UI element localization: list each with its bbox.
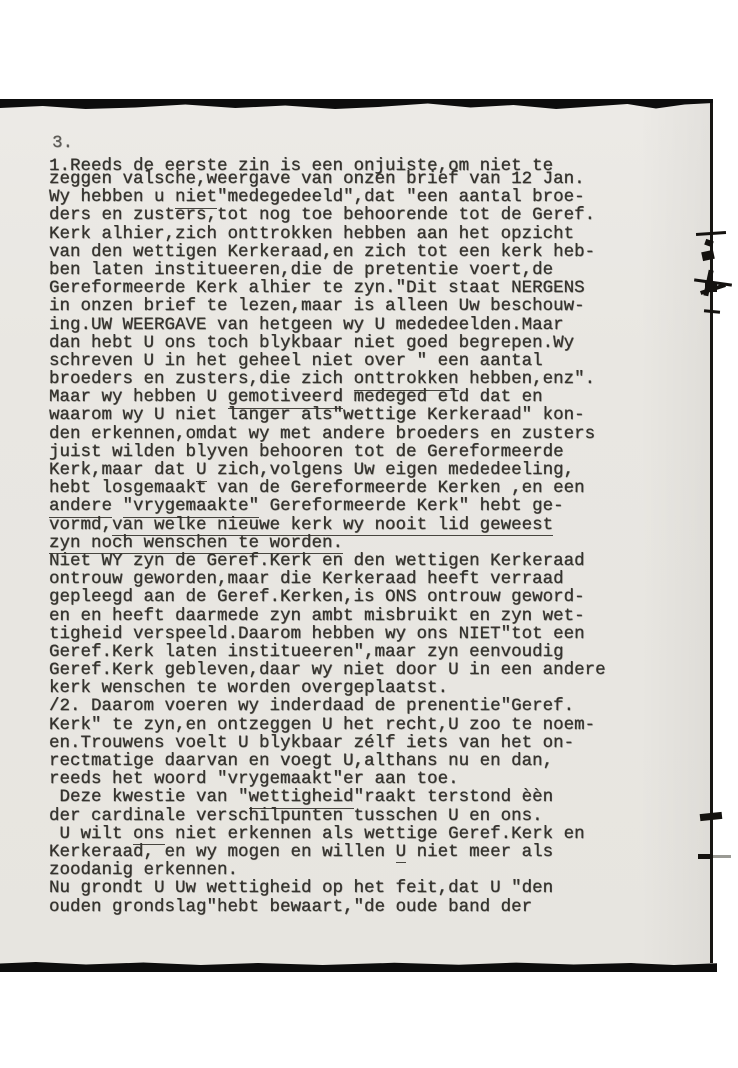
text-line: ouden grondslag"hebt bewaart,"de oude ba… bbox=[49, 898, 669, 916]
text-line: den erkennen,omdat wy met andere broeder… bbox=[49, 425, 669, 443]
text-line: tigheid verspeeld.Daarom hebben wy ons N… bbox=[49, 625, 669, 643]
text-segment: Gereformeerde Kerk alhier te zyn."Dit st… bbox=[49, 278, 585, 298]
text-line: Nu grondt U Uw wettigheid op het feit,da… bbox=[49, 879, 669, 897]
text-line: Geref.Kerk laten institueeren",maar zyn … bbox=[49, 643, 669, 661]
text-segment: gepleegd aan de Geref.Kerken,is ONS ontr… bbox=[49, 587, 585, 607]
text-line: in onzen brief te lezen,maar is alleen U… bbox=[49, 297, 669, 315]
text-segment: hebt losgemaakt van de Gereformeerde Ker… bbox=[49, 478, 585, 498]
binding-stitch-mark bbox=[705, 282, 717, 292]
scanned-document-view: 3. 1.Reeds de eerste zin is een onjuiste… bbox=[0, 0, 738, 1068]
text-segment: vormd, bbox=[49, 515, 112, 535]
text-line: Niet WY zyn de Geref.Kerk en den wettige… bbox=[49, 552, 669, 570]
text-segment: ders en zusters,tot nog toe behoorende t… bbox=[49, 205, 595, 225]
text-segment: Maar wy hebben U bbox=[49, 387, 228, 407]
text-segment: broeders en zusters,die zich bbox=[49, 369, 354, 389]
text-line: andere "vrygemaakte" Gereformeerde Kerk"… bbox=[49, 497, 669, 515]
text-segment: Kerk" te zyn,en ontzeggen U het recht,U … bbox=[49, 715, 595, 735]
text-segment: en en heeft daarmede zyn ambt misbruikt … bbox=[49, 606, 585, 626]
text-line: Kerk alhier,zich onttrokken hebben aan h… bbox=[49, 225, 669, 243]
binding-stitch-mark bbox=[700, 812, 723, 821]
text-segment: en.Trouwens voelt U blykbaar zélf iets v… bbox=[49, 733, 574, 753]
text-segment: Geref.Kerk laten institueeren",maar zyn … bbox=[49, 642, 564, 662]
text-segment bbox=[112, 496, 123, 516]
text-segment: juist wilden blyven behooren tot de Gere… bbox=[49, 442, 564, 462]
text-line: Kerk,maar dat U zich,volgens Uw eigen me… bbox=[49, 461, 669, 479]
text-segment: ben laten institueeren,die de pretentie … bbox=[49, 260, 553, 280]
text-segment: reeds het woord "vrygemaakt"er aan toe. bbox=[49, 769, 459, 789]
text-line: en.Trouwens voelt U blykbaar zélf iets v… bbox=[49, 734, 669, 752]
text-segment: Wy hebben u bbox=[49, 187, 175, 207]
text-segment: "raakt terstond èèn bbox=[354, 787, 554, 807]
text-segment: Nu grondt U Uw wettigheid op het feit,da… bbox=[49, 878, 553, 898]
text-line: rectmatige daarvan en voegt U,althans nu… bbox=[49, 752, 669, 770]
text-segment: zoodanig erkennen. bbox=[49, 860, 238, 880]
text-segment: "medegedeeld",dat "een aantal broe- bbox=[217, 187, 585, 207]
text-segment: rectmatige daarvan en voegt U,althans nu… bbox=[49, 751, 553, 771]
text-segment: zeggen valsche,weergave van onzen brief … bbox=[49, 169, 585, 189]
text-segment: Geref.Kerk gebleven,daar wy niet door U … bbox=[49, 660, 606, 680]
text-segment: in onzen brief te lezen,maar is alleen U… bbox=[49, 296, 585, 316]
text-line: Kerk" te zyn,en ontzeggen U het recht,U … bbox=[49, 716, 669, 734]
text-segment: niet erkennen als wettige Geref.Kerk en bbox=[165, 824, 585, 844]
text-segment: niet meer als bbox=[406, 842, 553, 862]
binding-stitch-mark bbox=[713, 855, 731, 858]
text-line: ders en zusters,tot nog toe behoorende t… bbox=[49, 206, 669, 224]
text-segment: medeged eld dat en bbox=[343, 387, 543, 407]
text-segment: Kerk alhier,zich onttrokken hebben aan h… bbox=[49, 224, 574, 244]
text-line: zoodanig erkennen. bbox=[49, 861, 669, 879]
text-segment: der cardinale verschilpunten tusschen U … bbox=[49, 806, 543, 826]
text-line: en en heeft daarmede zyn ambt misbruikt … bbox=[49, 607, 669, 625]
text-segment: Niet WY zyn de Geref.Kerk en den wettige… bbox=[49, 551, 585, 571]
text-segment: dan hebt U ons toch blykbaar niet goed b… bbox=[49, 333, 574, 353]
text-line: ing.UW WEERGAVE van hetgeen wy U mededee… bbox=[49, 316, 669, 334]
text-line: Kerkeraad, en wy mogen en willen U niet … bbox=[49, 843, 669, 861]
text-line: dan hebt U ons toch blykbaar niet goed b… bbox=[49, 334, 669, 352]
text-line: Gereformeerde Kerk alhier te zyn."Dit st… bbox=[49, 279, 669, 297]
underlined-text: U bbox=[396, 842, 407, 864]
text-segment: ing.UW WEERGAVE van hetgeen wy U mededee… bbox=[49, 315, 564, 335]
text-line: kerk wenschen te worden overgeplaatst. bbox=[49, 679, 669, 697]
text-body: 1.Reeds de eerste zin is een onjuiste,om… bbox=[49, 157, 669, 916]
text-line: ben laten institueeren,die de pretentie … bbox=[49, 261, 669, 279]
text-line: schreven U in het geheel niet over " een… bbox=[49, 352, 669, 370]
text-segment: Kerk,maar dat bbox=[49, 460, 196, 480]
text-segment: hebben,enz". bbox=[459, 369, 596, 389]
text-line: hebt losgemaakt van de Gereformeerde Ker… bbox=[49, 479, 669, 497]
text-line: Geref.Kerk gebleven,daar wy niet door U … bbox=[49, 661, 669, 679]
text-segment: U wilt bbox=[49, 824, 133, 844]
text-segment: kerk wenschen te worden overgeplaatst. bbox=[49, 678, 448, 698]
text-segment: zich,volgens Uw eigen mededeeling, bbox=[207, 460, 575, 480]
text-segment: ontrouw geworden,maar die Kerkeraad heef… bbox=[49, 569, 564, 589]
text-line: gepleegd aan de Geref.Kerken,is ONS ontr… bbox=[49, 588, 669, 606]
text-line: zyn noch wenschen te worden. bbox=[49, 534, 669, 552]
binding-stitch-mark bbox=[698, 854, 713, 859]
text-line: broeders en zusters,die zich onttrokken … bbox=[49, 370, 669, 388]
text-segment: schreven U in het geheel niet over " een… bbox=[49, 351, 543, 371]
page-number: 3. bbox=[52, 133, 73, 153]
text-segment: Gereformeerde Kerk" hebt ge- bbox=[259, 496, 564, 516]
text-segment: tigheid verspeeld.Daarom hebben wy ons N… bbox=[49, 624, 585, 644]
text-line: U wilt ons niet erkennen als wettige Ger… bbox=[49, 825, 669, 843]
text-line: juist wilden blyven behooren tot de Gere… bbox=[49, 443, 669, 461]
text-segment: den erkennen,omdat wy met andere broeder… bbox=[49, 424, 595, 444]
text-line: ontrouw geworden,maar die Kerkeraad heef… bbox=[49, 570, 669, 588]
text-line: /2. Daarom voeren wy inderdaad de prenen… bbox=[49, 697, 669, 715]
text-segment: waarom wy U niet langer als"wettige Kerk… bbox=[49, 405, 585, 425]
text-line: waarom wy U niet langer als"wettige Kerk… bbox=[49, 406, 669, 424]
text-segment: Deze kwestie van " bbox=[49, 787, 249, 807]
text-line: zeggen valsche,weergave van onzen brief … bbox=[49, 170, 669, 188]
text-line: der cardinale verschilpunten tusschen U … bbox=[49, 807, 669, 825]
text-line: van den wettigen Kerkeraad,en zich tot e… bbox=[49, 243, 669, 261]
text-line: Maar wy hebben U gemotiveerd medeged eld… bbox=[49, 388, 669, 406]
text-segment: Kerkeraad, en wy mogen en willen bbox=[49, 842, 396, 862]
text-line: vormd,van welke nieuwe kerk wy nooit lid… bbox=[49, 516, 669, 534]
text-segment: /2. Daarom voeren wy inderdaad de prenen… bbox=[49, 696, 574, 716]
text-line: Deze kwestie van "wettigheid"raakt terst… bbox=[49, 788, 669, 806]
text-line: reeds het woord "vrygemaakt"er aan toe. bbox=[49, 770, 669, 788]
text-segment: ouden grondslag"hebt bewaart,"de oude ba… bbox=[49, 897, 532, 917]
text-segment: van den wettigen Kerkeraad,en zich tot e… bbox=[49, 242, 595, 262]
text-line: Wy hebben u niet"medegedeeld",dat "een a… bbox=[49, 188, 669, 206]
